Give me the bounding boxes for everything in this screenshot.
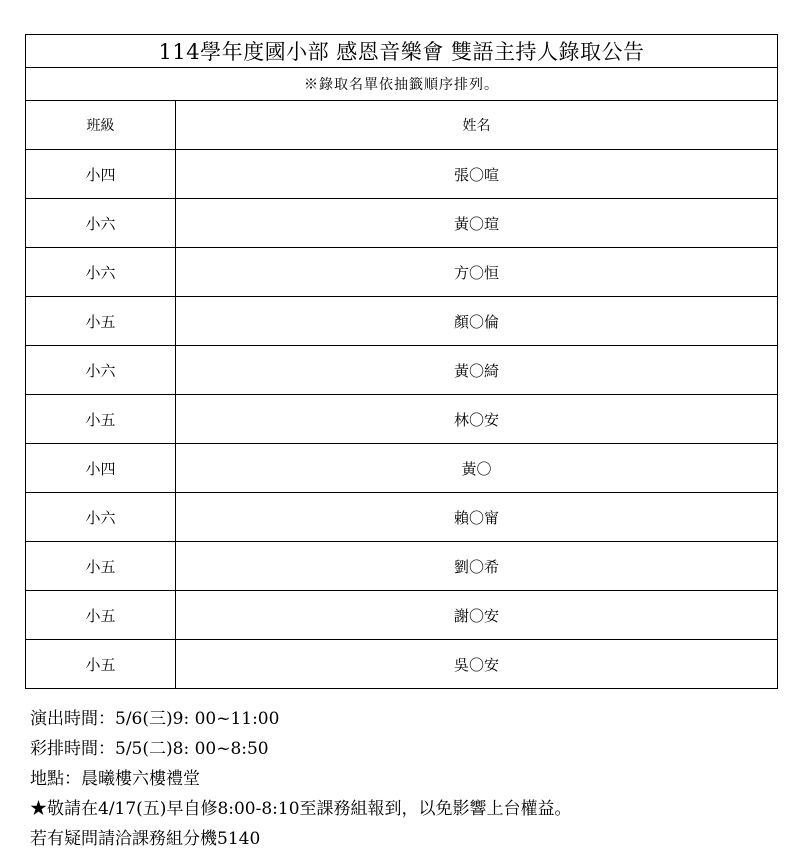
column-header-name: 姓名 [176, 101, 778, 150]
name-cell: 方〇恒 [176, 248, 778, 297]
table-row: 小五 林〇安 [26, 395, 778, 444]
grade-cell: 小五 [26, 640, 176, 689]
grade-cell: 小五 [26, 542, 176, 591]
name-cell: 顏〇倫 [176, 297, 778, 346]
check-in-reminder: ★敬請在4/17(五)早自修8:00-8:10至課務組報到，以免影響上台權益。 [30, 794, 572, 824]
grade-cell: 小六 [26, 248, 176, 297]
table-row: 小四 張〇喧 [26, 150, 778, 199]
announcement-title: 114學年度國小部 感恩音樂會 雙語主持人錄取公告 [26, 35, 778, 68]
column-header-grade: 班級 [26, 101, 176, 150]
table-row: 小六 黃〇綺 [26, 346, 778, 395]
performance-time: 演出時間：5/6(三)9: 00~11:00 [30, 704, 572, 734]
grade-cell: 小六 [26, 493, 176, 542]
table-row: 小五 劉〇希 [26, 542, 778, 591]
grade-cell: 小六 [26, 199, 176, 248]
table-row: 小五 顏〇倫 [26, 297, 778, 346]
name-cell: 謝〇安 [176, 591, 778, 640]
grade-cell: 小四 [26, 150, 176, 199]
table-row: 小五 謝〇安 [26, 591, 778, 640]
name-cell: 黃〇瑄 [176, 199, 778, 248]
contact-info: 若有疑問請洽課務組分機5140 [30, 824, 572, 854]
grade-cell: 小五 [26, 591, 176, 640]
name-cell: 劉〇希 [176, 542, 778, 591]
grade-cell: 小六 [26, 346, 176, 395]
name-cell: 林〇安 [176, 395, 778, 444]
name-cell: 黃〇綺 [176, 346, 778, 395]
table-row: 小四 黃〇 [26, 444, 778, 493]
ordering-note: ※錄取名單依抽籤順序排列。 [26, 68, 778, 101]
table-row: 小六 黃〇瑄 [26, 199, 778, 248]
name-cell: 黃〇 [176, 444, 778, 493]
grade-cell: 小五 [26, 395, 176, 444]
rehearsal-time: 彩排時間：5/5(二)8: 00~8:50 [30, 734, 572, 764]
table-row: 小五 吳〇安 [26, 640, 778, 689]
admission-table: 114學年度國小部 感恩音樂會 雙語主持人錄取公告 ※錄取名單依抽籤順序排列。 … [25, 34, 778, 689]
name-cell: 吳〇安 [176, 640, 778, 689]
name-cell: 張〇喧 [176, 150, 778, 199]
table-row: 小六 方〇恒 [26, 248, 778, 297]
grade-cell: 小四 [26, 444, 176, 493]
table-row: 小六 賴〇甯 [26, 493, 778, 542]
venue: 地點：晨曦樓六樓禮堂 [30, 764, 572, 794]
name-cell: 賴〇甯 [176, 493, 778, 542]
event-notes: 演出時間：5/6(三)9: 00~11:00 彩排時間：5/5(二)8: 00~… [30, 704, 572, 854]
grade-cell: 小五 [26, 297, 176, 346]
